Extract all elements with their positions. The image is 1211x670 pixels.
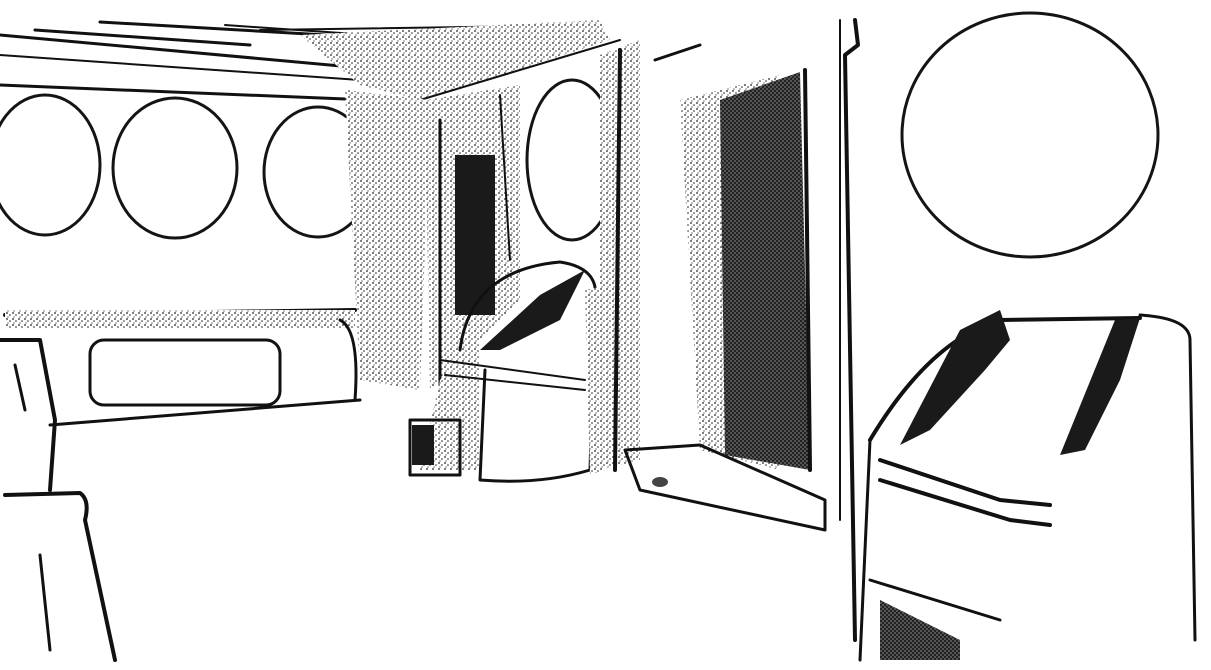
wall-bench-with-padded-backrest — [5, 310, 360, 425]
cabin-illustration — [0, 0, 1211, 670]
left-wall-windows — [0, 95, 372, 238]
right-wall-pillar — [840, 20, 858, 640]
round-window-center-left — [113, 98, 237, 238]
corner-wall-shadow — [345, 90, 430, 390]
foreground-chair-right — [860, 310, 1195, 660]
dark-doorway — [655, 45, 810, 470]
round-window-left-partial — [0, 95, 100, 235]
foreground-chair-left — [0, 340, 115, 660]
large-round-window-right — [902, 13, 1158, 257]
ceiling-panels — [0, 20, 620, 105]
